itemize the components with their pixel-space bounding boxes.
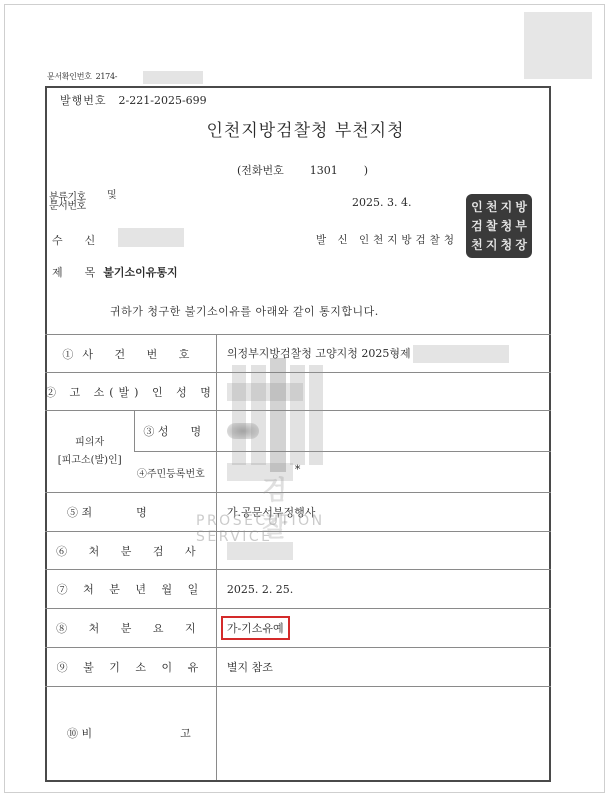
suspect-name-label: ③ 성 명 <box>135 411 217 452</box>
suspect-id-value: * <box>216 452 551 493</box>
seal-character: 천 <box>485 198 499 216</box>
phone-label: (전화번호 <box>237 164 284 177</box>
issue-number-label: 발행번호 <box>60 94 107 107</box>
table-row: ⑥ 처 분 검 사 <box>45 532 551 570</box>
notice-text: 귀하가 청구한 불기소이유를 아래와 같이 통지합니다. <box>110 303 379 319</box>
remarks-label-a: ⑩ 비 <box>67 727 92 740</box>
disposition-summary-label: ⑧ 처 분 요 지 <box>45 609 216 648</box>
complainant-label: ② 고 소(발) 인 성 명 <box>45 373 216 411</box>
phone-close: ) <box>364 164 368 177</box>
seal-character: 천 <box>470 236 484 254</box>
seal-character: 장 <box>514 236 528 254</box>
redacted-complainant <box>227 383 303 401</box>
issue-number: 발행번호2-221-2025-699 <box>60 92 207 108</box>
document-date: 2025. 3. 4. <box>352 196 411 209</box>
phone-value: 1301 <box>310 164 338 177</box>
seal-character: 청 <box>500 217 514 235</box>
sender: 발 신 인천지방검찰청 <box>316 232 458 247</box>
redacted-prosecutor <box>227 542 293 560</box>
seal-character: 검 <box>470 217 484 235</box>
remarks-label: ⑩ 비고 <box>45 687 216 780</box>
table-row: ② 고 소(발) 인 성 명 <box>45 373 551 411</box>
seal-character: 청 <box>500 236 514 254</box>
seal-character: 지 <box>485 236 499 254</box>
charge-value: 가.공문서부정행사 <box>216 493 551 532</box>
classification-label: 분류기호 문서번호 및 <box>49 193 86 211</box>
table-row: 피의자 [피고소(발)인] ③ 성 명 <box>45 411 551 452</box>
phone-number: (전화번호1301) <box>237 162 368 178</box>
remarks-label-b: 고 <box>180 727 191 740</box>
document-title: 인천지방검찰청 부천지청 <box>0 116 611 141</box>
official-seal: 인천지방검찰청부천지청장 <box>466 194 532 258</box>
case-number-label: ①사 건 번 호 <box>45 335 216 373</box>
seal-character: 부 <box>514 217 528 235</box>
highlighted-disposition: 가-기소유예 <box>221 616 290 640</box>
document-confirmation-number: 문서확인번호2174- <box>47 71 117 82</box>
suspect-label-line2: [피고소(발)인] <box>45 452 134 470</box>
table-row: ①사 건 번 호 의정부지방검찰청 고양지청 2025형제 <box>45 335 551 373</box>
classification-and: 및 <box>107 191 116 200</box>
prosecutor-label: ⑥ 처 분 검 사 <box>45 532 216 570</box>
case-number-text: 의정부지방검찰청 고양지청 2025형제 <box>227 347 411 360</box>
classification-line2: 문서번호 <box>49 202 86 211</box>
case-number-value: 의정부지방검찰청 고양지청 2025형제 <box>216 335 551 373</box>
doc-confirm-label: 문서확인번호 <box>47 72 92 81</box>
seal-character: 지 <box>500 198 514 216</box>
charge-label: ⑤ 죄 명 <box>45 493 216 532</box>
reason-label: ⑨ 불 기 소 이 유 <box>45 648 216 687</box>
disposition-date-label: ⑦ 처 분 년 월 일 <box>45 570 216 609</box>
suspect-group-label: 피의자 [피고소(발)인] <box>45 411 135 493</box>
table-row: ⑧ 처 분 요 지 가-기소유예 <box>45 609 551 648</box>
seal-character: 찰 <box>485 217 499 235</box>
prosecutor-value <box>216 532 551 570</box>
recipient-label-b: 신 <box>85 234 96 247</box>
redacted-recipient <box>118 228 184 247</box>
table-row: ⑤ 죄 명 가.공문서부정행사 <box>45 493 551 532</box>
subject-value: 불기소이유통지 <box>103 266 177 279</box>
table-row: ⑨ 불 기 소 이 유 별지 참조 <box>45 648 551 687</box>
seal-character: 인 <box>470 198 484 216</box>
redacted-suspect-id <box>227 463 293 481</box>
redacted-doc-confirm <box>143 71 203 84</box>
suspect-label-line1: 피의자 <box>45 434 134 452</box>
subject: 제목불기소이유통지 <box>52 264 178 280</box>
remarks-value <box>216 687 551 780</box>
redacted-case-number <box>413 345 509 363</box>
disposition-date-value: 2025. 2. 25. <box>216 570 551 609</box>
seal-character: 방 <box>514 198 528 216</box>
suspect-name-value <box>216 411 551 452</box>
doc-confirm-value: 2174- <box>96 72 118 81</box>
disposition-summary-value: 가-기소유예 <box>216 609 551 648</box>
notice-table: ①사 건 번 호 의정부지방검찰청 고양지청 2025형제 ② 고 소(발) 인… <box>45 334 551 780</box>
table-row: ⑩ 비고 <box>45 687 551 780</box>
subject-label-a: 제 <box>52 266 63 279</box>
table-row: ⑦ 처 분 년 월 일 2025. 2. 25. <box>45 570 551 609</box>
recipient-label: 수신 <box>52 232 95 248</box>
blurred-suspect-name <box>227 423 259 439</box>
reason-value: 별지 참조 <box>216 648 551 687</box>
recipient-label-a: 수 <box>52 234 63 247</box>
subject-label-b: 목 <box>85 266 96 279</box>
suspect-id-suffix: * <box>295 463 301 476</box>
complainant-value <box>216 373 551 411</box>
redacted-corner-block <box>524 12 592 79</box>
issue-number-value: 2-221-2025-699 <box>119 94 207 107</box>
suspect-id-label: ④주민등록번호 <box>135 452 217 493</box>
